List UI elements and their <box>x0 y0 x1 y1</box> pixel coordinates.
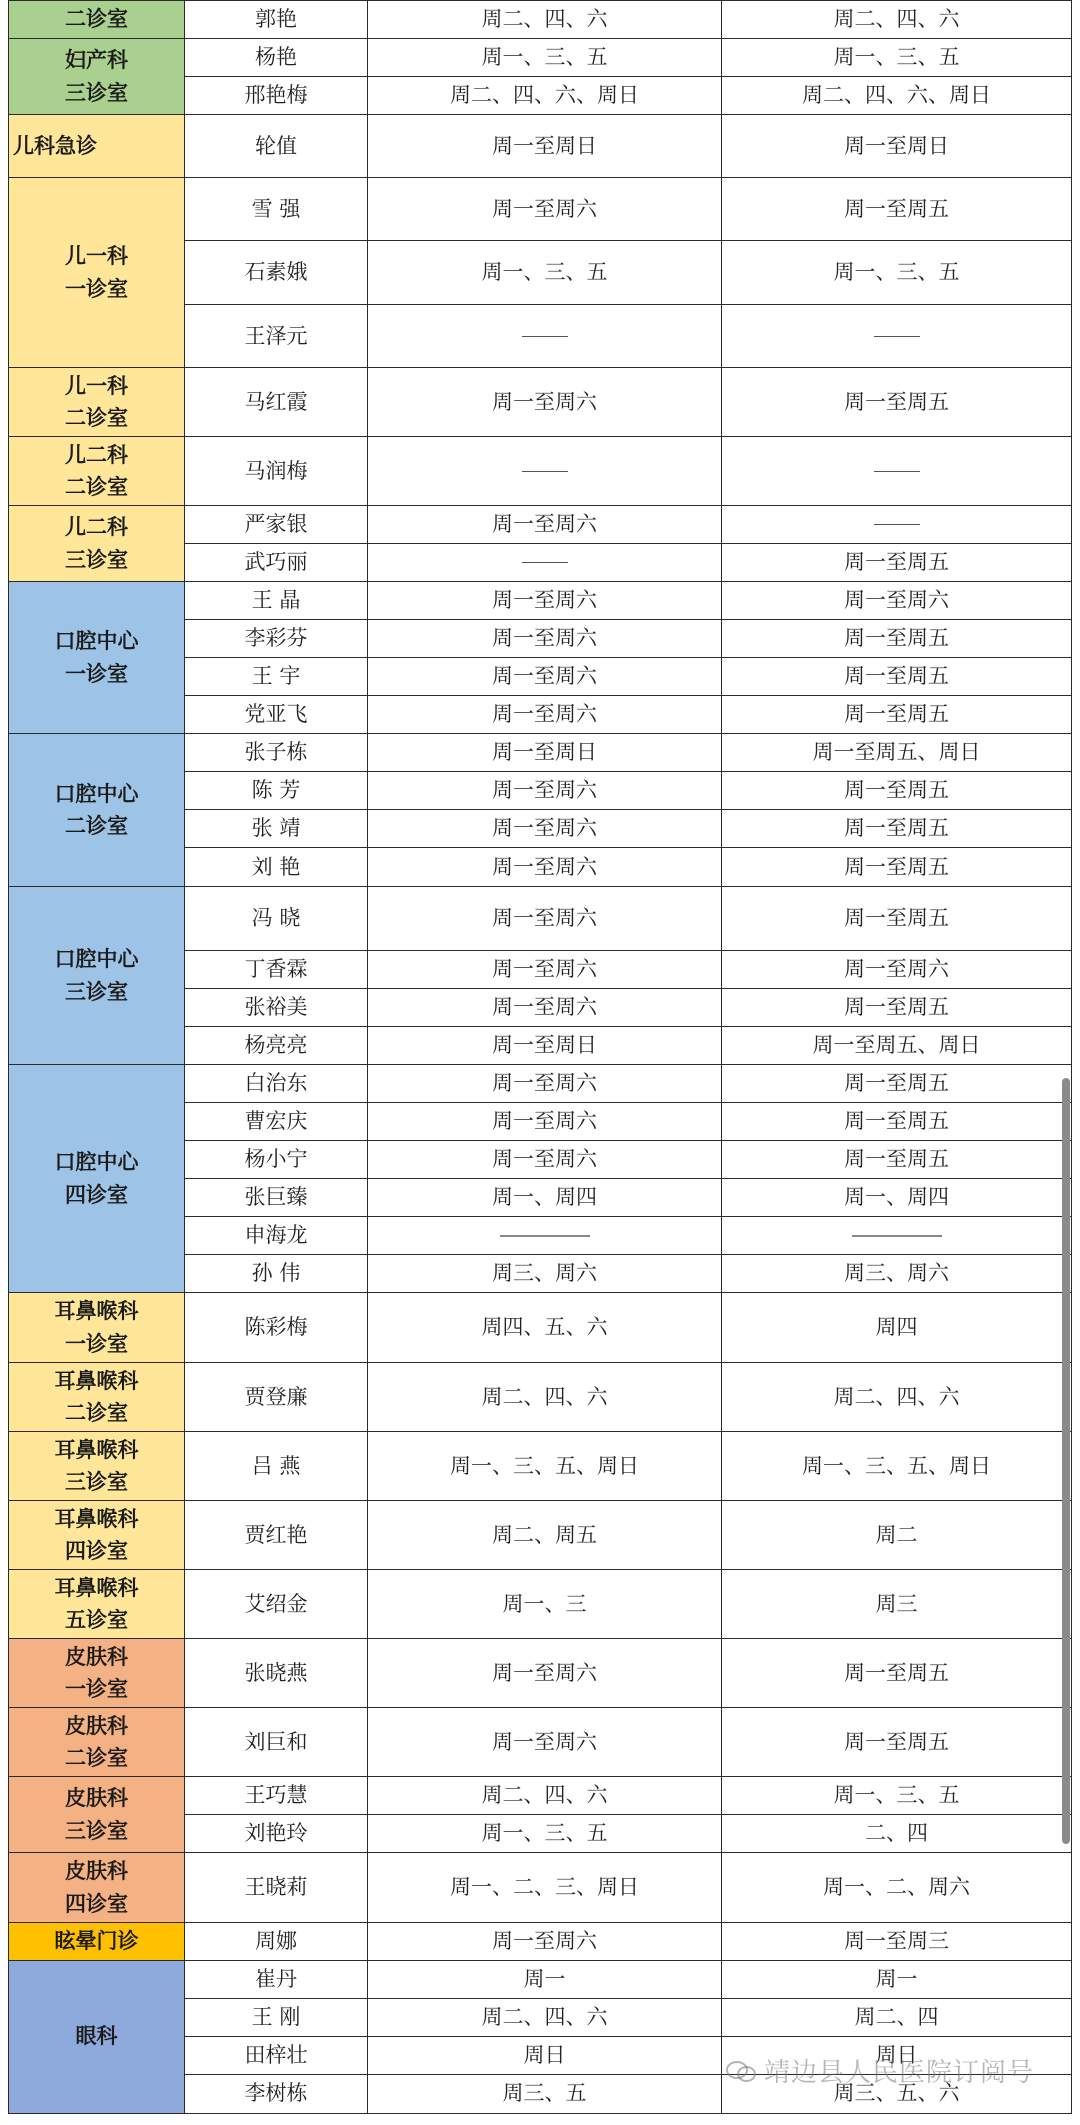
schedule-a-cell <box>367 1216 722 1256</box>
schedule-b-cell: 周二 <box>721 1500 1072 1571</box>
schedule-a-cell: 周一至周六 <box>367 950 722 990</box>
doctor-cell: 张巨臻 <box>184 1178 368 1218</box>
department-cell: 妇产科 三诊室 <box>8 38 185 116</box>
doctor-cell: 冯 晓 <box>184 886 368 952</box>
schedule-b-cell: 周一至周五 <box>721 886 1072 952</box>
empty-dash <box>522 562 568 563</box>
doctor-cell: 王晓莉 <box>184 1852 368 1924</box>
schedule-b-cell: 周一至周五 <box>721 695 1072 735</box>
doctor-cell: 贾红艳 <box>184 1500 368 1571</box>
watermark: 靖边县人民医院订阅号 <box>726 2052 1034 2088</box>
department-cell: 耳鼻喉科 二诊室 <box>8 1362 185 1433</box>
doctor-cell: 严家银 <box>184 505 368 545</box>
schedule-a-cell: 周三、周六 <box>367 1254 722 1294</box>
department-cell: 耳鼻喉科 四诊室 <box>8 1500 185 1571</box>
schedule-a-cell: 周一至周六 <box>367 886 722 952</box>
doctor-cell: 杨小宁 <box>184 1140 368 1180</box>
schedule-b-cell: 周四 <box>721 1292 1072 1364</box>
wechat-icon <box>726 2059 756 2081</box>
doctor-cell: 张裕美 <box>184 988 368 1028</box>
schedule-a-cell: 周一至周六 <box>367 581 722 621</box>
schedule-a-cell: 周一至周日 <box>367 733 722 773</box>
schedule-a-cell: 周一至周六 <box>367 1140 722 1180</box>
department-cell: 口腔中心 三诊室 <box>8 886 185 1066</box>
schedule-b-cell: 周一、三、五 <box>721 38 1072 78</box>
department-cell: 儿二科 二诊室 <box>8 436 185 507</box>
schedule-b-cell <box>721 505 1072 545</box>
doctor-cell: 陈 芳 <box>184 771 368 811</box>
schedule-a-cell: 周一、三、五 <box>367 240 722 306</box>
doctor-cell: 张晓燕 <box>184 1638 368 1709</box>
doctor-cell: 邢艳梅 <box>184 76 368 116</box>
schedule-a-cell: 周一至周六 <box>367 367 722 438</box>
doctor-cell: 马润梅 <box>184 436 368 507</box>
schedule-b-cell: 周一至周五 <box>721 809 1072 849</box>
schedule-a-cell: 周一至周六 <box>367 771 722 811</box>
doctor-cell: 李树栋 <box>184 2074 368 2114</box>
schedule-a-cell: 周三、五 <box>367 2074 722 2114</box>
department-cell: 二诊室 <box>8 0 185 40</box>
schedule-a-cell: 周一、三、五、周日 <box>367 1431 722 1502</box>
doctor-cell: 石素娥 <box>184 240 368 306</box>
schedule-a-cell: 周一至周六 <box>367 619 722 659</box>
department-cell: 眩晕门诊 <box>8 1922 185 1962</box>
schedule-b-cell: 周二、四、六 <box>721 1362 1072 1433</box>
schedule-b-cell: 周一至周日 <box>721 114 1072 179</box>
department-cell: 皮肤科 四诊室 <box>8 1852 185 1924</box>
schedule-a-cell: 周一至周六 <box>367 1922 722 1962</box>
schedule-b-cell: 周一至周五 <box>721 367 1072 438</box>
vertical-scrollbar[interactable] <box>1062 1078 1070 1844</box>
schedule-b-cell <box>721 304 1072 369</box>
schedule-b-cell <box>721 1216 1072 1256</box>
schedule-a-cell: 周一、三、五 <box>367 1814 722 1854</box>
department-cell: 口腔中心 二诊室 <box>8 733 185 888</box>
department-cell: 耳鼻喉科 一诊室 <box>8 1292 185 1364</box>
doctor-cell: 王 宇 <box>184 657 368 697</box>
schedule-b-cell: 周一、三、五 <box>721 1776 1072 1816</box>
doctor-cell: 吕 燕 <box>184 1431 368 1502</box>
schedule-a-cell: 周二、四、六 <box>367 1362 722 1433</box>
schedule-a-cell: 周一、三 <box>367 1569 722 1640</box>
doctor-cell: 王泽元 <box>184 304 368 369</box>
department-cell: 儿一科 二诊室 <box>8 367 185 438</box>
schedule-a-cell: 周二、四、六 <box>367 0 722 40</box>
department-cell: 口腔中心 一诊室 <box>8 581 185 735</box>
schedule-b-cell: 周一 <box>721 1960 1072 2000</box>
schedule-a-cell: 周一至周六 <box>367 505 722 545</box>
schedule-b-cell: 周二、四 <box>721 1998 1072 2038</box>
doctor-cell: 王 刚 <box>184 1998 368 2038</box>
schedule-a-cell: 周一、二、三、周日 <box>367 1852 722 1924</box>
schedule-b-cell: 周一至周五 <box>721 1102 1072 1142</box>
schedule-a-cell: 周一、三、五 <box>367 38 722 78</box>
doctor-cell: 李彩芬 <box>184 619 368 659</box>
schedule-b-cell: 周一至周三 <box>721 1922 1072 1962</box>
schedule-b-cell: 周一至周五 <box>721 1638 1072 1709</box>
schedule-b-cell: 周三、周六 <box>721 1254 1072 1294</box>
doctor-cell: 张子栋 <box>184 733 368 773</box>
empty-dash <box>500 1235 590 1237</box>
doctor-cell: 田梓壮 <box>184 2036 368 2076</box>
department-cell: 儿一科 一诊室 <box>8 177 185 369</box>
schedule-a-cell: 周四、五、六 <box>367 1292 722 1364</box>
schedule-b-cell: 周一至周五 <box>721 771 1072 811</box>
schedule-b-cell: 周一至周六 <box>721 950 1072 990</box>
department-cell: 皮肤科 一诊室 <box>8 1638 185 1709</box>
watermark-text: 靖边县人民医院订阅号 <box>764 2052 1034 2089</box>
schedule-b-cell: 二、四 <box>721 1814 1072 1854</box>
schedule-a-cell <box>367 304 722 369</box>
doctor-cell: 党亚飞 <box>184 695 368 735</box>
empty-dash <box>522 336 568 337</box>
doctor-cell: 丁香霖 <box>184 950 368 990</box>
doctor-cell: 马红霞 <box>184 367 368 438</box>
doctor-cell: 郭艳 <box>184 0 368 40</box>
schedule-a-cell: 周二、周五 <box>367 1500 722 1571</box>
doctor-cell: 王巧慧 <box>184 1776 368 1816</box>
empty-dash <box>874 471 920 472</box>
department-cell: 耳鼻喉科 三诊室 <box>8 1431 185 1502</box>
department-cell: 皮肤科 三诊室 <box>8 1776 185 1854</box>
schedule-b-cell: 周一至周五、周日 <box>721 733 1072 773</box>
doctor-cell: 张 靖 <box>184 809 368 849</box>
schedule-b-cell: 周一至周六 <box>721 581 1072 621</box>
schedule-table: 二诊室妇产科 三诊室儿科急诊儿一科 一诊室儿一科 二诊室儿二科 二诊室儿二科 三… <box>8 0 1072 2114</box>
doctor-cell: 杨亮亮 <box>184 1026 368 1066</box>
doctor-cell: 周娜 <box>184 1922 368 1962</box>
doctor-cell: 崔丹 <box>184 1960 368 2000</box>
schedule-b-cell: 周一至周五 <box>721 847 1072 888</box>
doctor-cell: 申海龙 <box>184 1216 368 1256</box>
schedule-b-cell <box>721 436 1072 507</box>
schedule-a-cell: 周一至周六 <box>367 1707 722 1778</box>
schedule-b-cell: 周一至周五 <box>721 1064 1072 1104</box>
schedule-b-cell: 周二、四、六、周日 <box>721 76 1072 116</box>
schedule-b-cell: 周一至周五 <box>721 657 1072 697</box>
doctor-cell: 刘巨和 <box>184 1707 368 1778</box>
schedule-a-cell: 周一至周六 <box>367 1064 722 1104</box>
schedule-b-cell: 周一至周五、周日 <box>721 1026 1072 1066</box>
doctor-cell: 艾绍金 <box>184 1569 368 1640</box>
doctor-cell: 贾登廉 <box>184 1362 368 1433</box>
schedule-a-cell: 周一至周日 <box>367 114 722 179</box>
schedule-b-cell: 周二、四、六 <box>721 0 1072 40</box>
schedule-a-cell: 周一至周六 <box>367 1638 722 1709</box>
doctor-cell: 孙 伟 <box>184 1254 368 1294</box>
schedule-b-cell: 周一至周五 <box>721 1707 1072 1778</box>
doctor-cell: 曹宏庆 <box>184 1102 368 1142</box>
empty-dash <box>874 524 920 525</box>
empty-dash <box>874 336 920 337</box>
doctor-cell: 雪 强 <box>184 177 368 242</box>
doctor-cell: 王 晶 <box>184 581 368 621</box>
schedule-b-cell: 周三 <box>721 1569 1072 1640</box>
schedule-b-cell: 周一至周五 <box>721 1140 1072 1180</box>
doctor-cell: 陈彩梅 <box>184 1292 368 1364</box>
schedule-a-cell: 周一至周六 <box>367 1102 722 1142</box>
schedule-a-cell: 周一至周六 <box>367 809 722 849</box>
department-cell: 耳鼻喉科 五诊室 <box>8 1569 185 1640</box>
doctor-cell: 刘艳玲 <box>184 1814 368 1854</box>
schedule-b-cell: 周一至周五 <box>721 177 1072 242</box>
schedule-b-cell: 周一、三、五 <box>721 240 1072 306</box>
schedule-a-cell: 周一 <box>367 1960 722 2000</box>
department-cell: 儿二科 三诊室 <box>8 505 185 583</box>
schedule-a-cell: 周二、四、六 <box>367 1998 722 2038</box>
schedule-a-cell: 周日 <box>367 2036 722 2076</box>
schedule-b-cell: 周一、周四 <box>721 1178 1072 1218</box>
doctor-cell: 轮值 <box>184 114 368 179</box>
schedule-b-cell: 周一至周五 <box>721 619 1072 659</box>
doctor-cell: 武巧丽 <box>184 543 368 583</box>
department-cell: 口腔中心 四诊室 <box>8 1064 185 1294</box>
schedule-a-cell: 周一至周六 <box>367 657 722 697</box>
schedule-a-cell: 周一至周六 <box>367 695 722 735</box>
schedule-a-cell <box>367 543 722 583</box>
doctor-cell: 杨艳 <box>184 38 368 78</box>
department-cell: 眼科 <box>8 1960 185 2114</box>
schedule-a-cell: 周一、周四 <box>367 1178 722 1218</box>
department-cell: 儿科急诊 <box>8 114 185 179</box>
schedule-a-cell <box>367 436 722 507</box>
schedule-b-cell: 周一至周五 <box>721 988 1072 1028</box>
schedule-a-cell: 周二、四、六 <box>367 1776 722 1816</box>
schedule-b-cell: 周一至周五 <box>721 543 1072 583</box>
schedule-b-cell: 周一、三、五、周日 <box>721 1431 1072 1502</box>
doctor-cell: 白治东 <box>184 1064 368 1104</box>
schedule-a-cell: 周一至周日 <box>367 1026 722 1066</box>
schedule-a-cell: 周二、四、六、周日 <box>367 76 722 116</box>
schedule-b-cell: 周一、二、周六 <box>721 1852 1072 1924</box>
schedule-a-cell: 周一至周六 <box>367 177 722 242</box>
schedule-a-cell: 周一至周六 <box>367 988 722 1028</box>
department-cell: 皮肤科 二诊室 <box>8 1707 185 1778</box>
doctor-cell: 刘 艳 <box>184 847 368 888</box>
schedule-a-cell: 周一至周六 <box>367 847 722 888</box>
empty-dash <box>522 471 568 472</box>
empty-dash <box>852 1235 942 1237</box>
